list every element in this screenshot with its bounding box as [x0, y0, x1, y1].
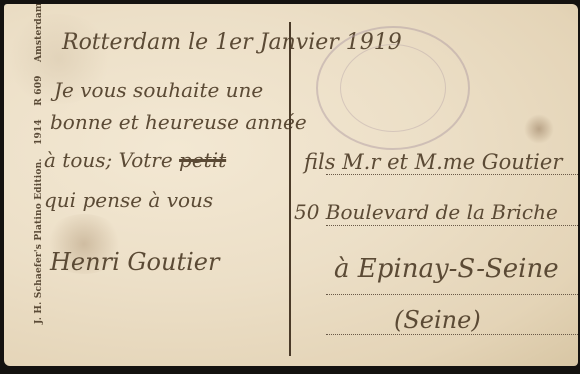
stain	[524, 114, 554, 144]
publisher-name: J. H. Schaefer's Platino Edition.	[34, 158, 44, 324]
message-line: bonne et heureuse année	[50, 110, 307, 134]
center-divider	[289, 22, 291, 356]
stamp-inner-ring	[340, 44, 446, 132]
address-city: à Epinay-S-Seine	[334, 254, 559, 284]
publisher-series: R 609	[34, 75, 44, 105]
address-rule	[326, 334, 578, 335]
postal-stamp-icon	[316, 26, 470, 150]
address-recipient: fils M.r et M.me Goutier	[304, 150, 562, 174]
publisher-city: Amsterdam.	[34, 4, 44, 62]
signature: Henri Goutier	[50, 248, 219, 276]
message-line-text: à tous; Votre	[44, 148, 173, 172]
address-region: (Seine)	[394, 306, 481, 334]
message-line: Je vous souhaite une	[54, 78, 263, 102]
message-line: qui pense à vous	[44, 188, 213, 212]
postcard-back: J. H. Schaefer's Platino Edition. 1914 R…	[4, 4, 578, 366]
address-rule	[326, 225, 578, 226]
struck-word: petit	[179, 148, 226, 172]
message-line: à tous; Votre petit	[44, 148, 226, 172]
address-rule	[326, 294, 578, 295]
publisher-year: 1914	[34, 119, 44, 145]
address-street: 50 Boulevard de la Briche	[294, 200, 558, 224]
address-rule	[326, 174, 578, 175]
publisher-imprint: J. H. Schaefer's Platino Edition. 1914 R…	[34, 4, 44, 324]
